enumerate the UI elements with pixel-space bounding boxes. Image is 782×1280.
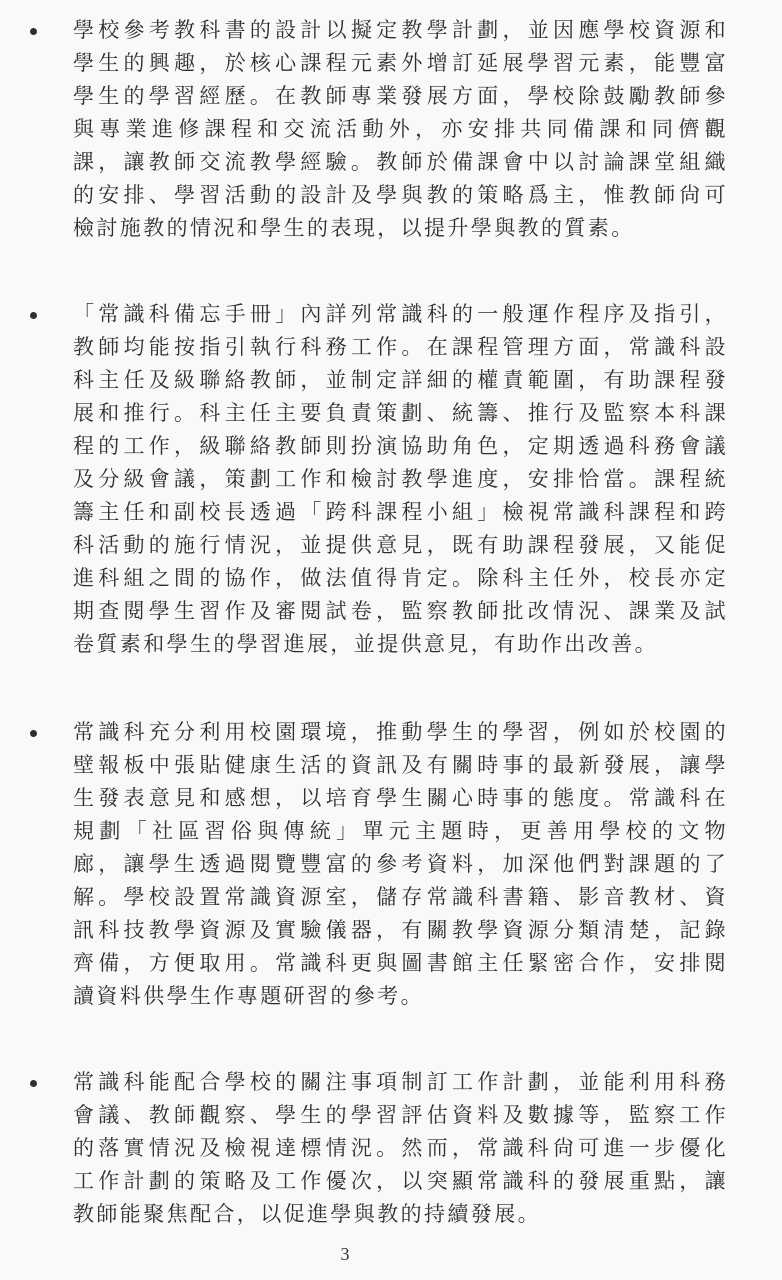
bullet-dot-icon xyxy=(30,1080,37,1087)
text-line: 規劃「社區習俗與傳統」單元主題時，更善用學校的文物 xyxy=(73,815,728,848)
paragraph: 「常識科備忘手冊」內詳列常識科的一般運作程序及指引， 教師均能按指引執行科務工作… xyxy=(73,298,728,661)
bullet-dot-icon xyxy=(30,28,37,35)
text-line: 檢討施教的情況和學生的表現，以提升學與教的質素。 xyxy=(73,212,728,245)
bullet-dot-icon xyxy=(30,312,37,319)
text-line: 常識科能配合學校的關注事項制訂工作計劃，並能利用科務 xyxy=(73,1066,728,1099)
text-line: 學生的學習經歷。在教師專業發展方面，學校除鼓勵教師參 xyxy=(73,80,728,113)
text-line: 常識科充分利用校園環境，推動學生的學習，例如於校園的 xyxy=(73,716,728,749)
text-line: 科主任及級聯絡教師，並制定詳細的權責範圍，有助課程發 xyxy=(73,364,728,397)
page-number: 3 xyxy=(0,1244,690,1265)
text-line: 科活動的施行情況，並提供意見，既有助課程發展，又能促 xyxy=(73,529,728,562)
text-line: 讀資料供學生作專題研習的參考。 xyxy=(73,980,728,1013)
text-line: 解。學校設置常識資源室，儲存常識科書籍、影音教材、資 xyxy=(73,881,728,914)
text-line: 齊備，方便取用。常識科更與圖書館主任緊密合作，安排閱 xyxy=(73,947,728,980)
text-line: 的落實情況及檢視達標情況。然而，常識科尙可進一步優化 xyxy=(73,1132,728,1165)
paragraph: 常識科充分利用校園環境，推動學生的學習，例如於校園的 壁報板中張貼健康生活的資訊… xyxy=(73,716,728,1013)
text-line: 教師均能按指引執行科務工作。在課程管理方面，常識科設 xyxy=(73,331,728,364)
paragraph: 常識科能配合學校的關注事項制訂工作計劃，並能利用科務 會議、教師觀察、學生的學習… xyxy=(73,1066,728,1231)
text-line: 及分級會議，策劃工作和檢討教學進度，安排恰當。課程統 xyxy=(73,463,728,496)
text-line: 壁報板中張貼健康生活的資訊及有關時事的最新發展，讓學 xyxy=(73,749,728,782)
text-line: 卷質素和學生的學習進展，並提供意見，有助作出改善。 xyxy=(73,628,728,661)
text-line: 「常識科備忘手冊」內詳列常識科的一般運作程序及指引， xyxy=(73,298,728,331)
text-line: 籌主任和副校長透過「跨科課程小組」檢視常識科課程和跨 xyxy=(73,496,728,529)
text-line: 生發表意見和感想，以培育學生關心時事的態度。常識科在 xyxy=(73,782,728,815)
bullet-dot-icon xyxy=(30,730,37,737)
paragraph: 學校參考教科書的設計以擬定教學計劃，並因應學校資源和 學生的興趣，於核心課程元素… xyxy=(73,14,728,245)
text-line: 的安排、學習活動的設計及學與教的策略爲主，惟教師尙可 xyxy=(73,179,728,212)
text-line: 教師能聚焦配合，以促進學與教的持續發展。 xyxy=(73,1198,728,1231)
text-line: 期查閱學生習作及審閱試卷，監察教師批改情況、課業及試 xyxy=(73,595,728,628)
text-line: 進科組之間的協作，做法值得肯定。除科主任外，校長亦定 xyxy=(73,562,728,595)
text-line: 學校參考教科書的設計以擬定教學計劃，並因應學校資源和 xyxy=(73,14,728,47)
document-page: 學校參考教科書的設計以擬定教學計劃，並因應學校資源和 學生的興趣，於核心課程元素… xyxy=(0,0,782,1280)
text-line: 會議、教師觀察、學生的學習評估資料及數據等，監察工作 xyxy=(73,1099,728,1132)
text-line: 與專業進修課程和交流活動外，亦安排共同備課和同儕觀 xyxy=(73,113,728,146)
text-line: 程的工作，級聯絡教師則扮演協助角色，定期透過科務會議 xyxy=(73,430,728,463)
text-line: 工作計劃的策略及工作優次，以突顯常識科的發展重點，讓 xyxy=(73,1165,728,1198)
text-line: 課，讓教師交流教學經驗。教師於備課會中以討論課堂組織 xyxy=(73,146,728,179)
text-line: 廊，讓學生透過閱覽豐富的參考資料，加深他們對課題的了 xyxy=(73,848,728,881)
text-line: 展和推行。科主任主要負責策劃、統籌、推行及監察本科課 xyxy=(73,397,728,430)
text-line: 學生的興趣，於核心課程元素外增訂延展學習元素，能豐富 xyxy=(73,47,728,80)
text-line: 訊科技教學資源及實驗儀器，有關教學資源分類清楚，記錄 xyxy=(73,914,728,947)
